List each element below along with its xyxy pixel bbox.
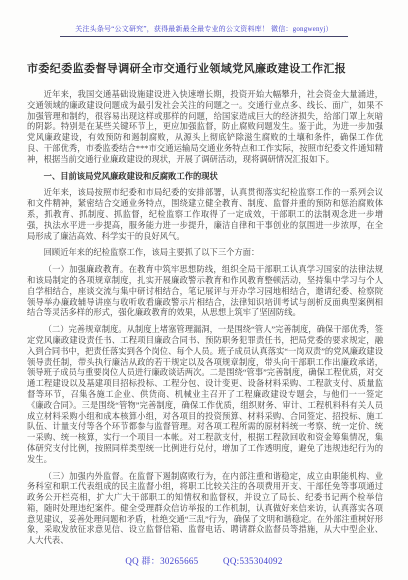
body-paragraph-4: （二）完善规章制度。从制度上堵塞管理漏洞，一是围绕“管人”完善制度，确保干部优秀… (27, 325, 383, 465)
document-page: 关注头条号“公文研究”，获得最新最全最专业的公文资料库！ 微信：gongweny… (0, 0, 408, 580)
body-paragraph-5: （三）加强内外监督。在监督下遏制腐败行为，在内部注重和谐稳定，成立由职能机构、业… (27, 472, 383, 548)
body-paragraph-2: 回顾近年来的纪检监察工作，该局主要抓了以下三个方面： (27, 248, 383, 259)
page-header: 关注头条号“公文研究”，获得最新最全最专业的公文资料库！ 微信：gongweny… (60, 25, 348, 37)
document-body: 近年来，我国交通基础设施建设进入快速增长期，投资开始大幅攀升，社会资金大量涌进，… (27, 90, 383, 553)
section-1-heading: 一、目前该局党风廉政建设和反腐败工作的现状 (27, 172, 383, 183)
qq-number: QQ:535304092 (223, 556, 283, 566)
intro-paragraph: 近年来，我国交通基础设施建设进入快速增长期，投资开始大幅攀升，社会资金大量涌进，… (27, 90, 383, 166)
body-paragraph-3: （一）加强廉政教育。在教育中筑牢思想防线，组织全局干部职工认真学习国家的法律法规… (27, 265, 383, 319)
body-paragraph-1: 近年来，该局按照市纪委和市局纪委的安排部署，认真贯彻落实纪检监察工作的一系列会议… (27, 188, 383, 242)
qq-group-number: QQ 群：30265665 (125, 554, 198, 567)
header-promo-text: 关注头条号“公文研究”，获得最新最全最专业的公文资料库！ 微信：gongweny… (60, 25, 348, 34)
page-footer: QQ 群：30265665 QQ:535304092 (0, 554, 408, 567)
document-title: 市委纪委监委督导调研全市交通行业领域党风廉政建设工作汇报 (27, 62, 383, 76)
